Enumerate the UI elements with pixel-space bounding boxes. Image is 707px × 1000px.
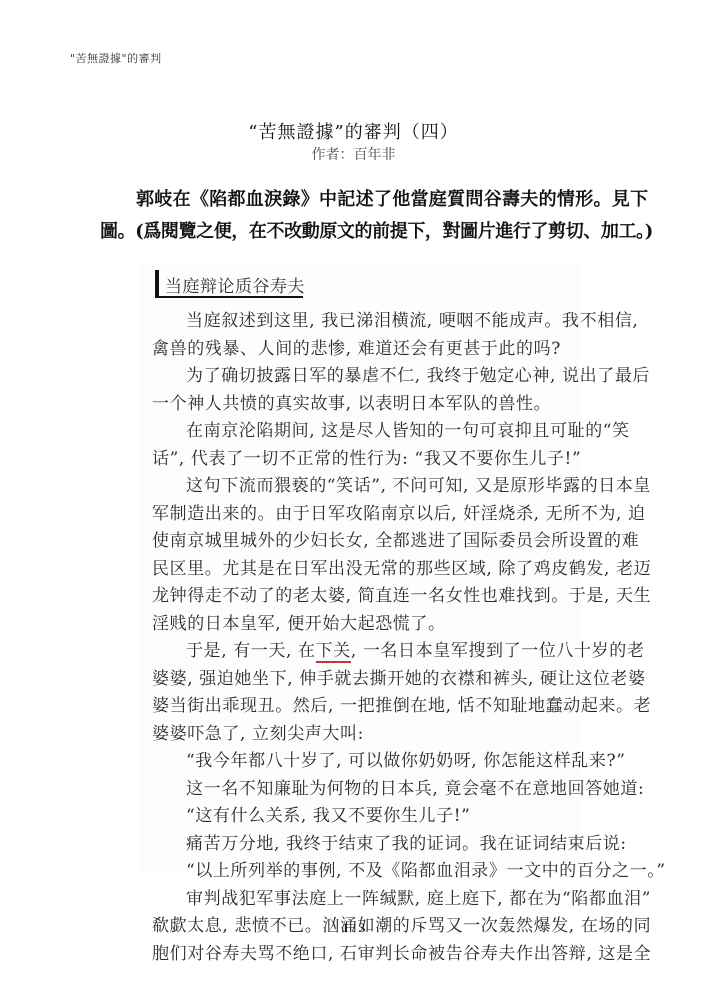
scan-text-line: “我今年都八十岁了, 可以做你奶奶呀, 你怎能这样乱来?” (152, 748, 578, 776)
scan-text-line: 婆婆, 强迫她坐下, 伸手就去撕开她的衣襟和裤头, 硬让这位老婆 (152, 666, 578, 694)
scan-text-line: 民区里。尤其是在日军出没无常的那些区域, 除了鸡皮鹤发, 老迈 (152, 556, 578, 584)
scan-text-line: 使南京城里城外的少妇长女, 全都逃进了国际委员会所设置的难 (152, 528, 578, 556)
scan-text-line: 话”, 代表了一切不正常的性行为: “我又不要你生儿子!” (152, 446, 578, 474)
scan-text-line: 这一名不知廉耻为何物的日本兵, 竟会毫不在意地回答她道: (152, 776, 578, 804)
running-header: "苦無證據"的審判 (70, 50, 162, 66)
scan-text-line: “以上所列举的事例, 不及《陷都血泪录》一文中的百分之一。” (152, 858, 578, 886)
scan-text-line: 禽兽的残暴、人间的悲惨, 难道还会有更甚于此的吗? (152, 336, 578, 364)
page-number: 1 / 3 (0, 920, 707, 936)
scan-section-heading: 当庭辩论质谷寿夫 (155, 270, 303, 298)
intro-line: 郭岐在《陷都血淚錄》中記述了他當庭質問谷壽夫的情形。見下 (100, 184, 630, 216)
document-author: 作者：百年非 (0, 144, 707, 164)
red-underlined-place-name: 下关 (316, 641, 351, 663)
scan-text-line: 军制造出来的。由于日军攻陷南京以后, 奸淫烧杀, 无所不为, 迫 (152, 501, 578, 529)
scan-text-line: 一个神人共愤的真实故事, 以表明日本军队的兽性。 (152, 391, 578, 419)
scan-text-body: 当庭叙述到这里, 我已涕泪横流, 哽咽不能成声。我不相信,禽兽的残暴、人间的悲惨… (152, 308, 578, 968)
scan-text-line: 审判战犯军事法庭上一阵缄默, 庭上庭下, 都在为“陷都血泪” (152, 886, 578, 914)
scan-text-line: 这句下流而猥亵的“笑话”, 不问可知, 又是原形毕露的日本皇 (152, 473, 578, 501)
scan-text-line: 胞们对谷寿夫骂不绝口, 石审判长命被告谷寿夫作出答辩, 这是全 (152, 941, 578, 969)
scan-text-segment: 于是, 有一天, 在 (186, 641, 316, 661)
scan-text-line: 淫贱的日本皇军, 便开始大起恐慌了。 (152, 611, 578, 639)
scan-text-line: 为了确切披露日军的暴虐不仁, 我终于勉定心神, 说出了最后 (152, 363, 578, 391)
scan-text-line: 痛苦万分地, 我终于结束了我的证词。我在证词结束后说: (152, 831, 578, 859)
scan-text-line: 婆婆吓急了, 立刻尖声大叫: (152, 721, 578, 749)
intro-line: 圖。(爲閱覽之便，在不改動原文的前提下，對圖片進行了剪切、加工。) (100, 216, 630, 248)
scan-text-line: 婆当街出乖现丑。然后, 一把推倒在地, 恬不知耻地蠢动起来。老 (152, 693, 578, 721)
scan-text-line: 当庭叙述到这里, 我已涕泪横流, 哽咽不能成声。我不相信, (152, 308, 578, 336)
scan-text-segment: , 一名日本皇军搜到了一位八十岁的老 (351, 641, 645, 661)
scan-text-line: “这有什么关系, 我又不要你生儿子!” (152, 803, 578, 831)
scan-text-line: 于是, 有一天, 在下关, 一名日本皇军搜到了一位八十岁的老 (152, 638, 578, 666)
scan-text-line: 在南京沦陷期间, 这是尽人皆知的一句可哀抑且可耻的“笑 (152, 418, 578, 446)
intro-paragraph: 郭岐在《陷都血淚錄》中記述了他當庭質問谷壽夫的情形。見下 圖。(爲閱覽之便，在不… (100, 184, 630, 248)
document-title: “苦無證據”的審判（四） (0, 118, 707, 144)
scan-text-line: 龙钟得走不动了的老太婆, 简直连一名女性也难找到。于是, 天生 (152, 583, 578, 611)
scanned-book-image: 当庭辩论质谷寿夫 当庭叙述到这里, 我已涕泪横流, 哽咽不能成声。我不相信,禽兽… (140, 262, 580, 872)
scan-heading-text: 当庭辩论质谷寿夫 (165, 272, 305, 297)
